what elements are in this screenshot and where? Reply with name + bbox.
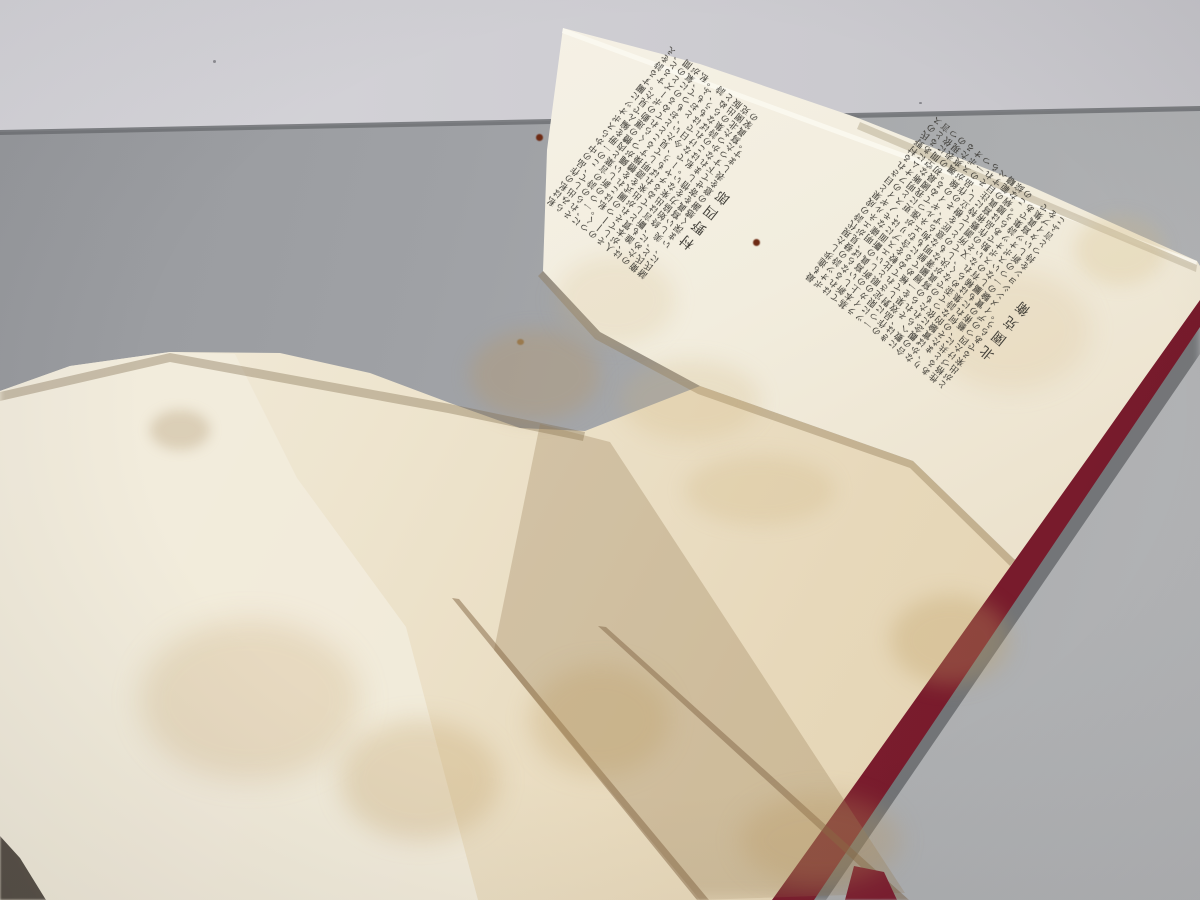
photo-vignette bbox=[0, 0, 1200, 900]
photo-of-open-book: 私は私の作品の中からスポオツに關する詩をえらみ出して、この一册を編んで見た。する… bbox=[0, 0, 1200, 900]
